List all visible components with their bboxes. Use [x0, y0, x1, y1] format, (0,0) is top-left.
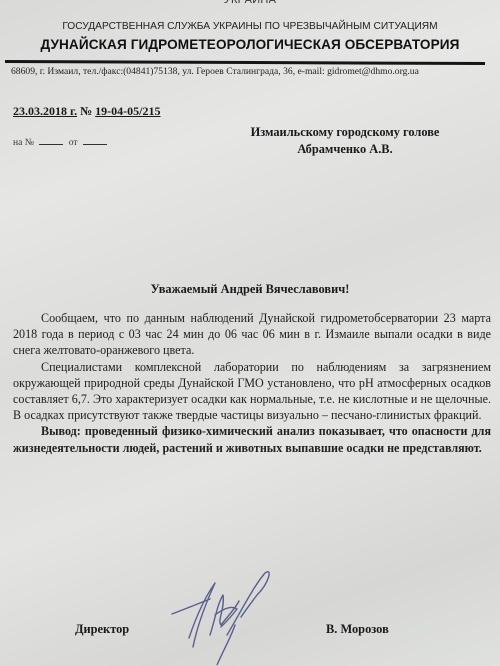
signatory-title: Директор: [75, 622, 129, 637]
letterhead-address: 68609, г. Измаил, тел./факс:(04841)75138…: [11, 66, 491, 77]
registration-line: 23.03.2018 г. № 19-04-05/215: [13, 104, 161, 119]
letterhead-divider: [5, 60, 485, 65]
letterhead-agency: ГОСУДАРСТВЕННАЯ СЛУЖБА УКРАИНЫ ПО ЧРЕЗВЫ…: [0, 21, 500, 32]
reference-number-blank: [39, 136, 63, 145]
registration-date: 23.03.2018 г.: [13, 104, 77, 118]
letter-body: Сообщаем, что по данным наблюдений Дунай…: [13, 310, 491, 456]
registration-number-sign: №: [80, 104, 92, 118]
reference-line: на № от: [13, 136, 110, 148]
registration-number: 19-04-05/215: [95, 104, 160, 118]
letterhead-organization: ДУНАЙСКАЯ ГИДРОМЕТЕОРОЛОГИЧЕСКАЯ ОБСЕРВА…: [0, 37, 500, 52]
reference-from-label: от: [69, 137, 78, 148]
signatory-name: В. Морозов: [326, 622, 389, 637]
body-paragraph: Специалистами комплексной лаборатории по…: [13, 359, 491, 424]
addressee-block: Измаильскому городскому голове Абрамченк…: [235, 124, 455, 158]
letter-page: УКРАИНА ГОСУДАРСТВЕННАЯ СЛУЖБА УКРАИНЫ П…: [0, 0, 500, 666]
addressee-position: Измаильскому городскому голове: [235, 124, 455, 141]
addressee-name: Абрамченко А.В.: [235, 141, 455, 158]
body-paragraph: Сообщаем, что по данным наблюдений Дунай…: [13, 310, 491, 359]
salutation: Уважаемый Андрей Вячеславович!: [0, 282, 500, 297]
reference-label: на №: [13, 137, 34, 148]
conclusion-paragraph: Вывод: проведенный физико-химический ана…: [13, 423, 491, 455]
reference-date-blank: [83, 136, 107, 145]
letterhead-country: УКРАИНА: [0, 0, 500, 6]
handwritten-signature: [165, 565, 285, 665]
signature-row: Директор В. Морозов: [0, 622, 500, 642]
